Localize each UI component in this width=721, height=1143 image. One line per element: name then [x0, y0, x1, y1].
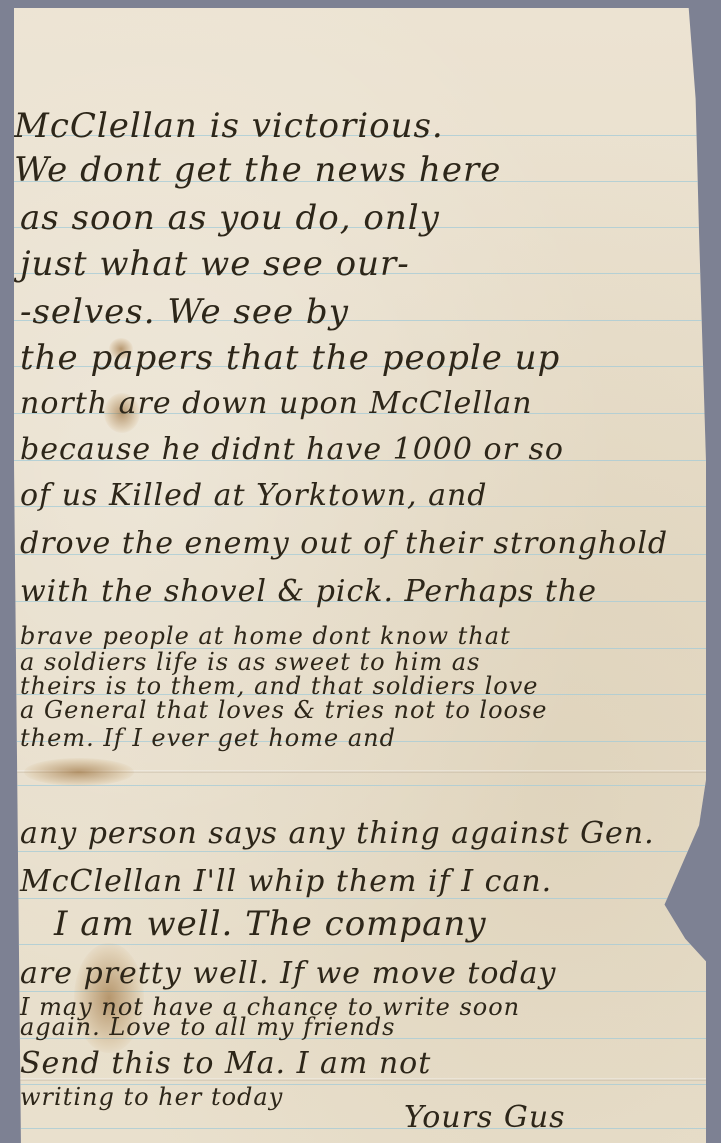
letter-line: north are down upon McClellan: [20, 386, 533, 421]
letter-line: brave people at home dont know that: [20, 622, 511, 650]
letter-line: with the shovel & pick. Perhaps the: [20, 574, 597, 609]
letter-line: because he didnt have 1000 or so: [20, 432, 564, 467]
letter-line: any person says any thing against Gen.: [20, 816, 655, 851]
letter-line: I am well. The company: [54, 904, 487, 944]
signature: Yours Gus: [404, 1100, 566, 1135]
letter-line: a General that loves & tries not to loos…: [20, 696, 548, 724]
letter-line: Send this to Ma. I am not: [20, 1046, 431, 1081]
letter-line: We dont get the news here: [14, 150, 501, 190]
letter-line: again. Love to all my friends: [20, 1013, 395, 1041]
letter-line: writing to her today: [20, 1083, 283, 1111]
letter-line: drove the enemy out of their stronghold: [20, 526, 668, 561]
fold-crease: [14, 770, 706, 773]
letter-line: of us Killed at Yorktown, and: [20, 478, 488, 513]
letter-line: McClellan is victorious.: [14, 106, 444, 146]
letter-line: McClellan I'll whip them if I can.: [20, 864, 552, 899]
letter-line: them. If I ever get home and: [20, 724, 396, 752]
letter-line: -selves. We see by: [20, 292, 349, 332]
letter-page: McClellan is victorious. We dont get the…: [14, 8, 706, 1143]
letter-line: the papers that the people up: [20, 338, 560, 378]
letter-line: as soon as you do, only: [20, 198, 440, 238]
letter-line: just what we see our-: [20, 244, 410, 284]
letter-line: are pretty well. If we move today: [20, 956, 556, 991]
